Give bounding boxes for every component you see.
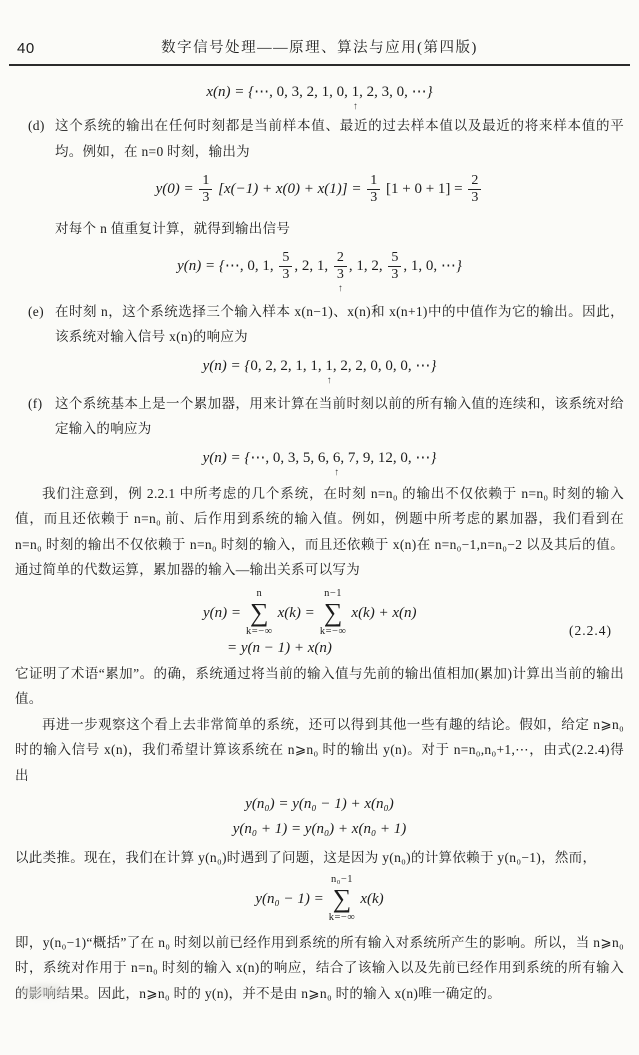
formula-yn0-minus-1-sum: y(n₀ − 1) = n₀−1 ∑ k=−∞ x(k): [15, 875, 624, 924]
sequence-prefix: y(n) = {: [203, 358, 251, 374]
item-label-f: (f): [28, 391, 42, 417]
sequence-item: 1: [295, 358, 303, 375]
summation-symbol: n₀−1 ∑ k=−∞: [329, 875, 356, 924]
sequence-item: 2: [340, 358, 348, 375]
sequence-item: 2: [307, 84, 315, 101]
page-header: 40 数字信号处理——原理、算法与应用(第四版): [9, 0, 630, 66]
list-item-e: (e) 在时刻 n，这个系统选择三个输入样本 x(n−1)、x(n)和 x(n+…: [15, 299, 624, 350]
sequence-item: 2: [355, 358, 363, 375]
sigma-icon: ∑: [250, 599, 269, 627]
acc-lhs: y(n) =: [203, 605, 241, 622]
item-text-d: 这个系统的输出在任何时刻都是当前样本值、最近的过去样本值以及最近的将来样本值的平…: [55, 118, 624, 159]
equation-2-2-4: y(n) = n ∑ k=−∞ x(k) = n−1 ∑ k=−∞ x(k) +…: [15, 589, 624, 657]
formula-yn0-plus-1: y(n₀ + 1) = y(n₀) + x(n₀ + 1): [15, 821, 624, 838]
sequence-item: 5: [303, 450, 311, 467]
formula-y-sequence-f: y(n) = {⋯, 0, 3, 5, 6, 6↑, 7, 9, 12, 0, …: [15, 448, 624, 467]
sigma-icon: ∑: [324, 599, 343, 627]
fraction-one-third: 13: [367, 173, 380, 206]
paragraph-by-analogy: 以此类推。现在，我们在计算 y(n₀)时遇到了问题，这是因为 y(n₀)的计算依…: [15, 845, 624, 871]
item-label-d: (d): [28, 113, 45, 139]
paragraph-conclusion: 即，y(n₀−1)“概括”了在 n₀ 时刻以前已经作用到系统的所有输入对系统所产…: [15, 930, 624, 1007]
summation-symbol: n ∑ k=−∞: [246, 589, 273, 638]
sequence-item: 2: [280, 358, 288, 375]
sequence-item: 12: [378, 450, 393, 467]
sequence-prefix: y(n) = {: [177, 258, 225, 274]
sequence-item: 0: [337, 84, 345, 101]
sample-position-arrow-icon: ↑: [353, 102, 358, 112]
sequence-item: 1: [317, 258, 325, 275]
sequence-item: 2: [371, 258, 379, 275]
sequence-item: 53: [277, 250, 294, 283]
sequence-item: ⋯: [415, 448, 430, 467]
paragraph-accumulator-discussion: 我们注意到，例 2.2.1 中所考虑的几个系统，在时刻 n=n₀ 的输出不仅依赖…: [15, 481, 624, 583]
acc-mid2: x(k) + x(n): [351, 605, 416, 622]
equation-number: (2.2.4): [569, 623, 612, 639]
sequence-item: 6: [318, 450, 326, 467]
sequence-item: 0: [400, 358, 408, 375]
sequence-item: 2: [265, 358, 273, 375]
y0-lhs: y(0) =: [156, 181, 194, 197]
sequence-item: 0: [397, 84, 405, 101]
formula-yn0: y(n₀) = y(n₀ − 1) + x(n₀): [15, 796, 624, 813]
sequence-item: 0: [400, 450, 408, 467]
sequence-item: 1: [262, 258, 270, 275]
formula-x-sequence: x(n) = {⋯, 0, 3, 2, 1, 0, 1↑, 2, 3, 0, ⋯…: [15, 82, 624, 101]
text-repeat-for-each-n: 对每个 n 值重复计算，就得到输出信号: [15, 216, 624, 242]
formula-y-sequence-e: y(n) = {0, 2, 2, 1, 1, 1↑, 2, 2, 0, 0, 0…: [15, 356, 624, 375]
sequence-item: ⋯: [412, 82, 427, 101]
sequence-item: ⋯: [415, 356, 430, 375]
sequence-suffix: }: [427, 84, 433, 100]
book-page: 40 数字信号处理——原理、算法与应用(第四版) x(n) = {⋯, 0, 3…: [0, 0, 639, 1055]
sequence-item: 0: [370, 358, 378, 375]
fraction: 53: [388, 250, 401, 283]
sequence-item: 0: [247, 258, 255, 275]
fraction-two-thirds: 23: [468, 173, 481, 206]
sequence-item: 23↑: [332, 250, 349, 283]
sequence-item: 0: [273, 450, 281, 467]
list-item-d: (d) 这个系统的输出在任何时刻都是当前样本值、最近的过去样本值以及最近的将来样…: [15, 113, 624, 164]
sequence-item: 0: [426, 258, 434, 275]
formula-y0-average: y(0) = 13 [x(−1) + x(0) + x(1)] = 13 [1 …: [15, 173, 624, 206]
sequence-prefix: y(n) = {: [203, 450, 251, 466]
sequence-item: 1: [322, 84, 330, 101]
sequence-item: 7: [348, 450, 356, 467]
item-label-e: (e): [28, 299, 44, 325]
fraction: 53: [279, 250, 292, 283]
sequence-item: 6↑: [333, 450, 341, 467]
fraction: 23: [334, 250, 347, 283]
sample-position-arrow-icon: ↑: [327, 376, 332, 386]
sequence-suffix: }: [430, 450, 436, 466]
sequence-item: 2: [302, 258, 310, 275]
sequence-item: 3: [382, 84, 390, 101]
sequence-item: 1↑: [352, 84, 360, 101]
list-item-f: (f) 这个系统基本上是一个累加器，用来计算在当前时刻以前的所有输入值的连续和，…: [15, 391, 624, 442]
equation-2-2-4-line2: = y(n − 1) + x(n): [227, 640, 624, 657]
yn0sum-rhs: x(k): [360, 891, 383, 908]
sequence-item: ⋯: [254, 82, 269, 101]
sigma-icon: ∑: [333, 885, 352, 913]
running-head-title: 数字信号处理——原理、算法与应用(第四版): [9, 36, 630, 57]
y0-mid1: [x(−1) + x(0) + x(1)] =: [218, 181, 361, 197]
y0-mid2: [1 + 0 + 1] =: [386, 181, 463, 197]
paragraph-accumulate-term: 它证明了术语“累加”。的确，系统通过将当前的输入值与先前的输出值相加(累加)计算…: [15, 661, 624, 712]
formula-y-sequence-d: y(n) = {⋯, 0, 1, 53, 2, 1, 23↑, 1, 2, 53…: [15, 250, 624, 283]
sample-position-arrow-icon: ↑: [338, 284, 343, 294]
sequence-item: 1: [411, 258, 419, 275]
fraction-one-third: 13: [199, 173, 212, 206]
yn0sum-lhs: y(n₀ − 1) =: [255, 891, 323, 908]
summation-symbol: n−1 ∑ k=−∞: [320, 589, 347, 638]
print-artifact: [20, 985, 66, 997]
page-content: x(n) = {⋯, 0, 3, 2, 1, 0, 1↑, 2, 3, 0, ⋯…: [0, 82, 639, 1006]
sequence-prefix: x(n) = {: [206, 84, 254, 100]
item-text-f: 这个系统基本上是一个累加器，用来计算在当前时刻以前的所有输入值的连续和，该系统对…: [55, 396, 624, 437]
sequence-item: 3: [288, 450, 296, 467]
sequence-item: 1: [310, 358, 318, 375]
acc-mid1: x(k) =: [278, 605, 315, 622]
sequence-item: ⋯: [225, 256, 240, 275]
sequence-item: 2: [367, 84, 375, 101]
sequence-suffix: }: [430, 358, 436, 374]
sequence-item: ⋯: [250, 448, 265, 467]
paragraph-further-observation: 再进一步观察这个看上去非常简单的系统，还可以得到其他一些有趣的结论。假如，给定 …: [15, 712, 624, 789]
sequence-item: 0: [385, 358, 393, 375]
sequence-item: 0: [250, 358, 258, 375]
sequence-item: 1: [356, 258, 364, 275]
sequence-item: 9: [363, 450, 371, 467]
sequence-item: 53: [386, 250, 403, 283]
item-text-e: 在时刻 n，这个系统选择三个输入样本 x(n−1)、x(n)和 x(n+1)中的…: [55, 304, 624, 345]
sample-position-arrow-icon: ↑: [334, 468, 339, 478]
sequence-item: 1↑: [325, 358, 333, 375]
sequence-item: ⋯: [441, 256, 456, 275]
sequence-suffix: }: [456, 258, 462, 274]
sequence-item: 3: [292, 84, 300, 101]
sequence-item: 0: [277, 84, 285, 101]
equation-2-2-4-line1: y(n) = n ∑ k=−∞ x(k) = n−1 ∑ k=−∞ x(k) +…: [203, 589, 624, 638]
